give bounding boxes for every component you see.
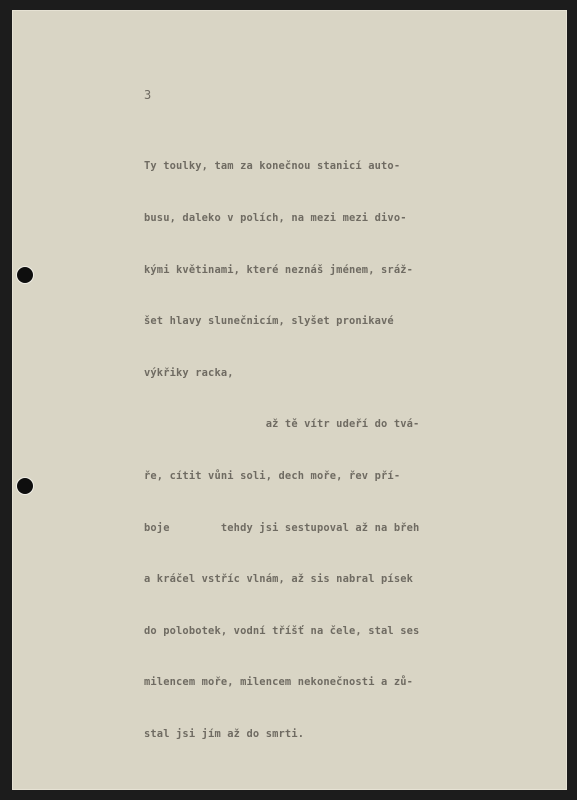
text-line: do polobotek, vodní tříšť na čele, stal … — [144, 623, 419, 640]
text-line: ře, cítit vůni soli, dech moře, řev pří- — [144, 468, 419, 485]
scan-frame: 3 Ty toulky, tam za konečnou stanicí aut… — [0, 0, 577, 800]
punch-hole-top — [17, 267, 33, 283]
text-line: Ty toulky, tam za konečnou stanicí auto- — [144, 158, 419, 175]
text-line: výkřiky racka, — [144, 365, 419, 382]
text-line: busu, daleko v polích, na mezi mezi divo… — [144, 210, 419, 227]
text-line: boje tehdy jsi sestupoval až na břeh — [144, 520, 419, 537]
text-line: až tě vítr udeří do tvá- — [144, 416, 419, 433]
text-line: a kráčel vstříc vlnám, až sis nabral pís… — [144, 571, 419, 588]
punch-hole-bottom — [17, 478, 33, 494]
page-number: 3 — [144, 88, 151, 102]
text-line: šet hlavy slunečnicím, slyšet pronikavé — [144, 313, 419, 330]
text-line: stal jsi jím až do smrti. — [144, 726, 419, 743]
text-line: milencem moře, milencem nekonečnosti a z… — [144, 674, 419, 691]
text-line: kými květinami, které neznáš jménem, srá… — [144, 262, 419, 279]
body-text: Ty toulky, tam za konečnou stanicí auto-… — [144, 124, 419, 778]
